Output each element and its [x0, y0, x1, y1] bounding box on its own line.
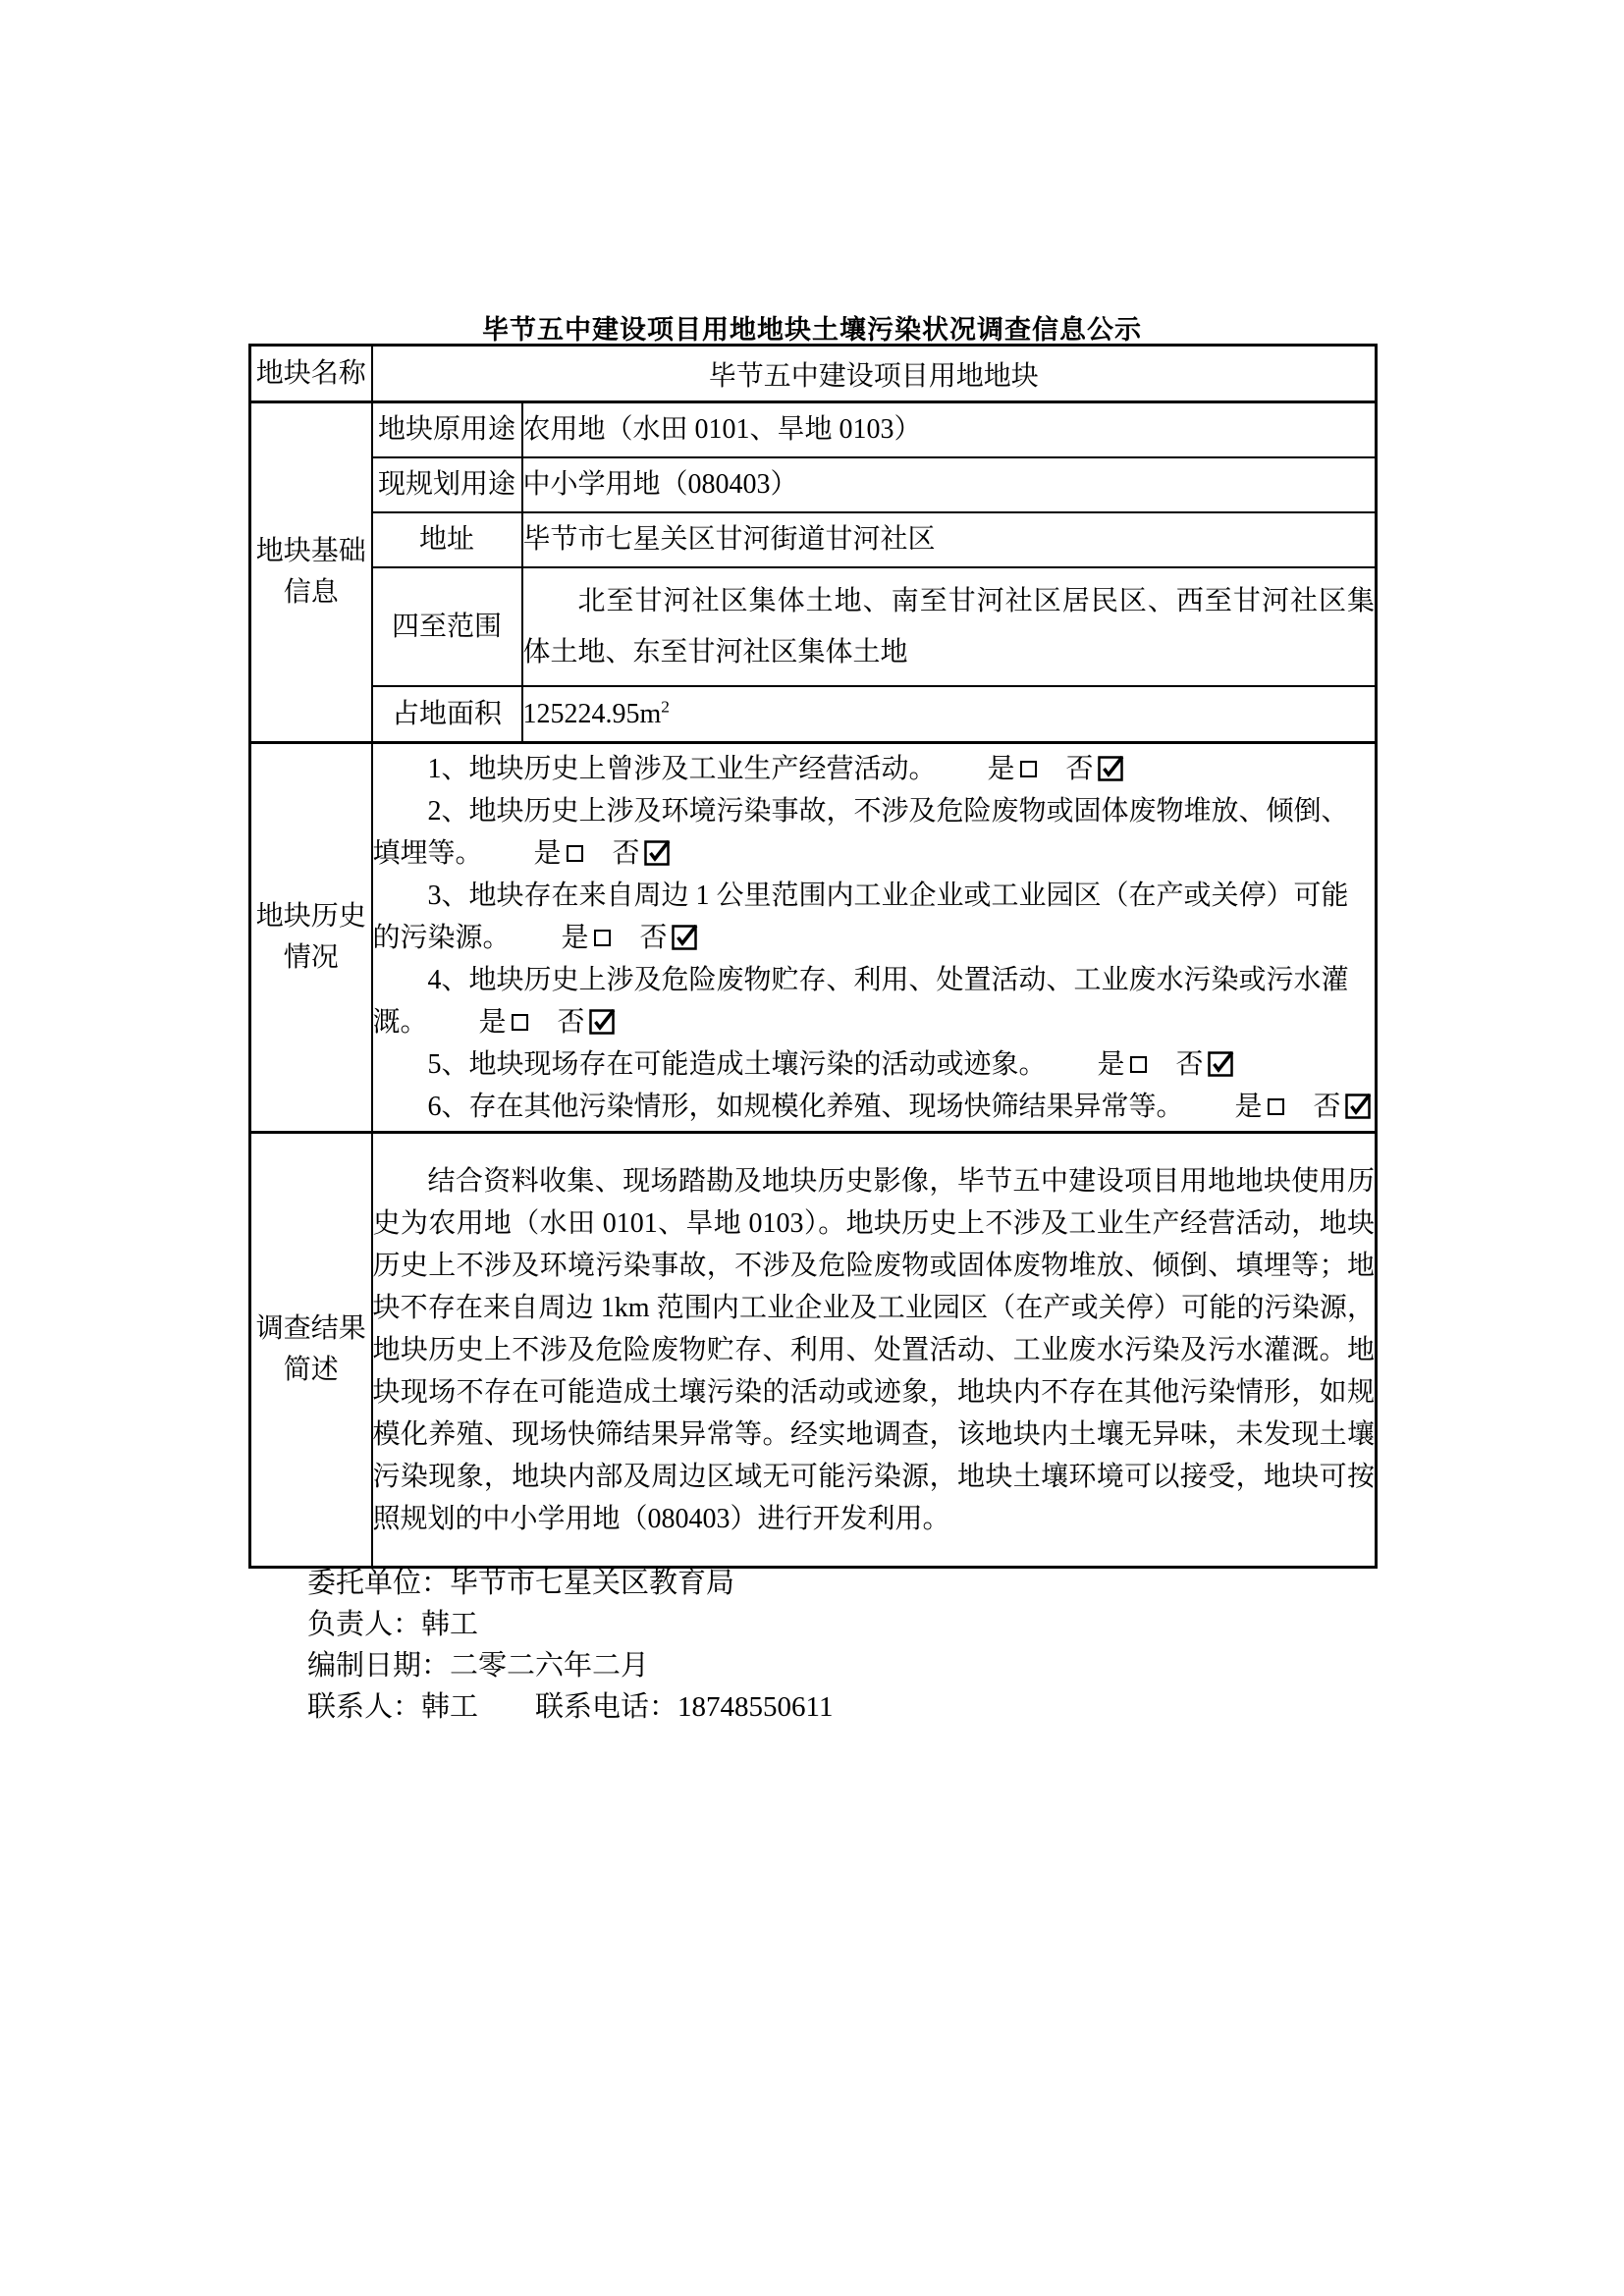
site-name-label: 地块名称 — [250, 346, 372, 402]
no-label: 否 — [1176, 1049, 1204, 1080]
history-item: 1、地块历史上曾涉及工业生产经营活动。是否 — [373, 748, 1376, 790]
original-use-label: 地块原用途 — [372, 402, 522, 458]
checkbox-checked-icon — [672, 925, 697, 950]
checkbox-unchecked-icon — [1020, 761, 1037, 777]
contact-line: 联系人：韩工联系电话：18748550611 — [307, 1686, 833, 1728]
history-item-text: 6、存在其他污染情形，如规模化养殖、现场快筛结果异常等。 — [428, 1092, 1184, 1122]
contact-person: 联系人：韩工 — [307, 1691, 478, 1723]
history-item: 5、地块现场存在可能造成土壤污染的活动或迹象。是否 — [373, 1043, 1376, 1086]
summary-content: 结合资料收集、现场踏勘及地块历史影像，毕节五中建设项目用地地块使用历史为农用地（… — [372, 1133, 1377, 1568]
yes-label: 是 — [1098, 1049, 1125, 1080]
history-header: 地块历史情况 — [250, 743, 372, 1133]
planned-use-label: 现规划用途 — [372, 457, 522, 512]
area-value: 125224.95m2 — [522, 686, 1377, 743]
address-label: 地址 — [372, 512, 522, 567]
history-item: 2、地块历史上涉及环境污染事故，不涉及危险废物或固体废物堆放、倾倒、填埋等。是否 — [373, 790, 1376, 875]
row-address: 地址 毕节市七星关区甘河街道甘河社区 — [250, 512, 1377, 567]
boundary-value: 北至甘河社区集体土地、南至甘河社区居民区、西至甘河社区集体土地、东至甘河社区集体… — [522, 567, 1377, 686]
document-page: 毕节五中建设项目用地地块土壤污染状况调查信息公示 地块名称 毕节五中建设项目用地… — [0, 0, 1624, 2296]
basic-info-header: 地块基础信息 — [250, 402, 372, 743]
row-area: 占地面积 125224.95m2 — [250, 686, 1377, 743]
manager-line: 负责人：韩工 — [307, 1604, 833, 1645]
page-title: 毕节五中建设项目用地地块土壤污染状况调查信息公示 — [0, 308, 1624, 347]
date-line: 编制日期：二零二六年二月 — [307, 1645, 833, 1686]
client-line: 委托单位：毕节市七星关区教育局 — [307, 1563, 833, 1604]
original-use-value: 农用地（水田 0101、旱地 0103） — [522, 402, 1377, 458]
history-item: 6、存在其他污染情形，如规模化养殖、现场快筛结果异常等。是否 — [373, 1086, 1376, 1128]
checkbox-checked-icon — [589, 1009, 615, 1035]
no-label: 否 — [1066, 754, 1094, 784]
checkbox-checked-icon — [644, 840, 670, 866]
history-item-text: 5、地块现场存在可能造成土壤污染的活动或迹象。 — [428, 1049, 1047, 1080]
area-number: 125224.95m — [523, 699, 662, 729]
row-site-name: 地块名称 毕节五中建设项目用地地块 — [250, 346, 1377, 402]
contact-phone: 联系电话：18748550611 — [535, 1691, 833, 1723]
checkbox-checked-icon — [1208, 1051, 1233, 1077]
no-label: 否 — [1314, 1092, 1341, 1122]
yes-label: 是 — [562, 923, 589, 953]
history-item: 4、地块历史上涉及危险废物贮存、利用、处置活动、工业废水污染或污水灌溉。是否 — [373, 959, 1376, 1043]
row-boundary: 四至范围 北至甘河社区集体土地、南至甘河社区居民区、西至甘河社区集体土地、东至甘… — [250, 567, 1377, 686]
checkbox-unchecked-icon — [594, 930, 611, 946]
planned-use-value: 中小学用地（080403） — [522, 457, 1377, 512]
boundary-label: 四至范围 — [372, 567, 522, 686]
site-name-value: 毕节五中建设项目用地地块 — [372, 346, 1377, 402]
no-label: 否 — [640, 923, 668, 953]
area-label: 占地面积 — [372, 686, 522, 743]
row-history: 地块历史情况 1、地块历史上曾涉及工业生产经营活动。是否 2、地块历史上涉及环境… — [250, 743, 1377, 1133]
checkbox-unchecked-icon — [567, 845, 583, 862]
summary-text: 结合资料收集、现场踏勘及地块历史影像，毕节五中建设项目用地地块使用历史为农用地（… — [373, 1160, 1376, 1540]
no-label: 否 — [558, 1007, 585, 1038]
history-item-text: 3、地块存在来自周边 1 公里范围内工业企业或工业园区（在产或关停）可能的污染源… — [373, 881, 1349, 953]
checkbox-unchecked-icon — [1268, 1098, 1284, 1115]
yes-label: 是 — [988, 754, 1015, 784]
history-item-text: 2、地块历史上涉及环境污染事故，不涉及危险废物或固体废物堆放、倾倒、填埋等。 — [373, 796, 1349, 869]
yes-label: 是 — [479, 1007, 507, 1038]
history-item: 3、地块存在来自周边 1 公里范围内工业企业或工业园区（在产或关停）可能的污染源… — [373, 875, 1376, 959]
yes-label: 是 — [534, 838, 562, 869]
footer-block: 委托单位：毕节市七星关区教育局 负责人：韩工 编制日期：二零二六年二月 联系人：… — [307, 1563, 833, 1728]
no-label: 否 — [613, 838, 640, 869]
checkbox-unchecked-icon — [512, 1014, 528, 1031]
history-item-text: 1、地块历史上曾涉及工业生产经营活动。 — [428, 754, 937, 784]
row-original-use: 地块基础信息 地块原用途 农用地（水田 0101、旱地 0103） — [250, 402, 1377, 458]
yes-label: 是 — [1235, 1092, 1263, 1122]
address-value: 毕节市七星关区甘河街道甘河社区 — [522, 512, 1377, 567]
history-content: 1、地块历史上曾涉及工业生产经营活动。是否 2、地块历史上涉及环境污染事故，不涉… — [372, 743, 1377, 1133]
checkbox-checked-icon — [1098, 756, 1123, 781]
row-planned-use: 现规划用途 中小学用地（080403） — [250, 457, 1377, 512]
notice-table: 地块名称 毕节五中建设项目用地地块 地块基础信息 地块原用途 农用地（水田 01… — [248, 344, 1378, 1569]
row-summary: 调查结果简述 结合资料收集、现场踏勘及地块历史影像，毕节五中建设项目用地地块使用… — [250, 1133, 1377, 1568]
area-superscript: 2 — [661, 697, 670, 716]
checkbox-unchecked-icon — [1130, 1056, 1147, 1073]
checkbox-checked-icon — [1345, 1094, 1371, 1119]
summary-header: 调查结果简述 — [250, 1133, 372, 1568]
